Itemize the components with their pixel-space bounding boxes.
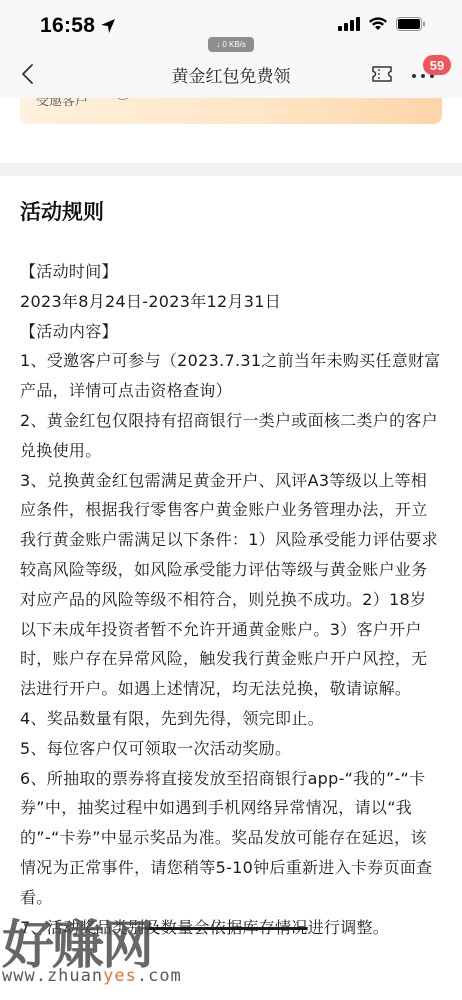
notification-badge: 59 — [423, 55, 451, 75]
rules-section: 活动规则 【活动时间】 2023年8月24日-2023年12月31日 【活动内容… — [0, 176, 462, 942]
battery-icon — [396, 17, 426, 31]
rule-line: 2023年8月24日-2023年12月31日 — [20, 287, 442, 317]
ticket-icon[interactable] — [371, 65, 393, 83]
watermark-url-suffix: .com — [137, 966, 182, 986]
watermark-url: www.zhuanyes.com — [2, 966, 182, 986]
rule-line: 5、每位客户仅可领取一次活动奖励。 — [20, 734, 442, 764]
rule-line-7: 7、活动奖品类别及数量会依据库存情况进行调整。 — [20, 913, 442, 943]
rule-line: 6、所抽取的票券将直接发放至招商银行app-“我的”-“卡券”中，抽奖过程中如遇… — [20, 764, 442, 913]
rules-body: 【活动时间】 2023年8月24日-2023年12月31日 【活动内容】 1、受… — [20, 257, 442, 942]
status-indicators — [338, 17, 426, 31]
clock: 16:58 — [40, 14, 95, 38]
rule-line: 【活动内容】 — [20, 317, 442, 347]
rule-line: 【活动时间】 — [20, 257, 442, 287]
struck-text: 及数量会依据库存情况 — [145, 918, 308, 937]
network-speed-indicator: ↓ 0 KB/s — [208, 37, 254, 52]
watermark-url-accent: yes — [103, 966, 137, 986]
watermark-url-prefix: www.zhuan — [2, 966, 103, 986]
section-divider — [0, 163, 462, 176]
rule-line: 4、奖品数量有限，先到先得，领完即止。 — [20, 704, 442, 734]
location-arrow-icon — [100, 18, 116, 34]
wifi-icon — [368, 17, 388, 31]
rule-line: 1、受邀客户可参与（2023.7.31之前当年未购买任意财富产品，详情可点击资格… — [20, 346, 442, 406]
rule-text: 进行调整。 — [308, 918, 390, 937]
rule-line: 3、兑换黄金红包需满足黄金开户、风评A3等级以上等相应条件，根据我行零售客户黄金… — [20, 466, 442, 704]
rules-title: 活动规则 — [20, 196, 442, 232]
nav-bar: 黄金红包免费领 59 — [0, 50, 462, 98]
rule-line: 2、黄金红包仅限持有招商银行一类户或面核二类户的客户兑换使用。 — [20, 406, 442, 466]
signal-icon — [338, 17, 360, 31]
rule-text: 7、活动奖品类别 — [20, 918, 145, 937]
status-time: 16:58 — [40, 14, 116, 38]
